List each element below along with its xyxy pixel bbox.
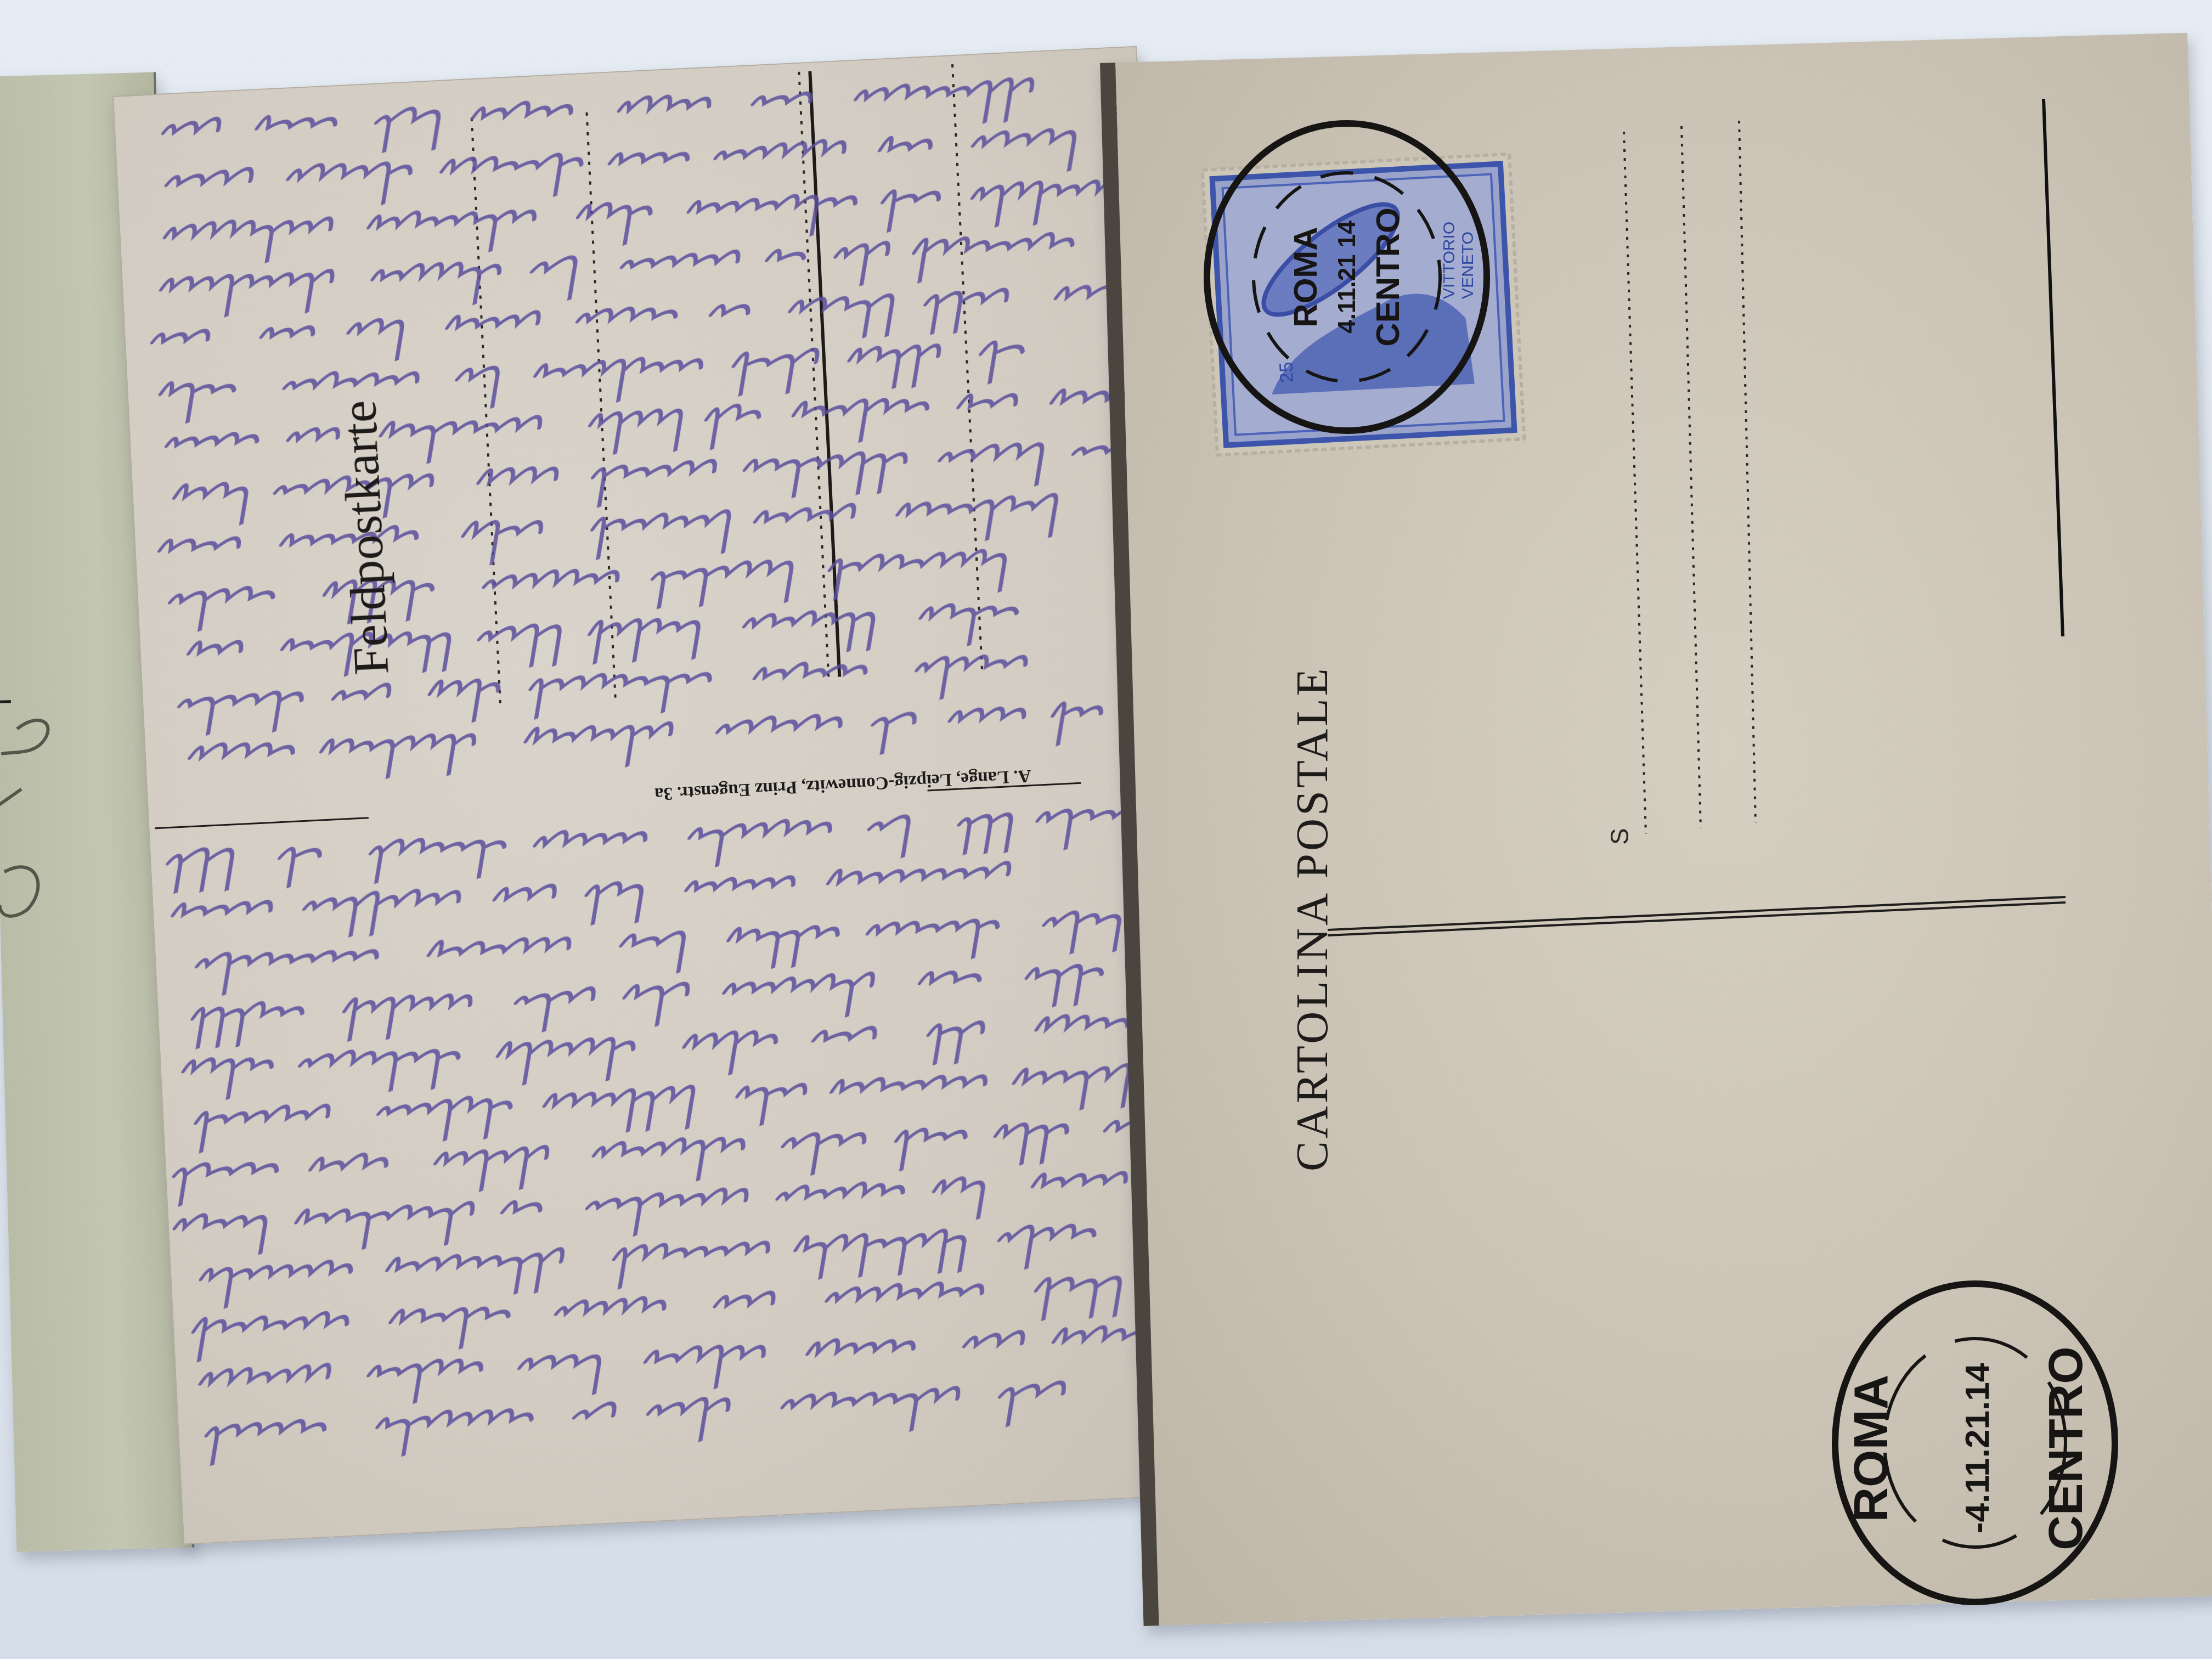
roma-centro-postmark: ROMA CENTRO -4.11.21.14	[0, 0, 2212, 1659]
cartolina-s-marker: S	[1605, 828, 1634, 845]
postmark-office: CENTRO	[2038, 1346, 2092, 1550]
postmark-date: -4.11.21.14	[1959, 1363, 1996, 1533]
postmark-city: ROMA	[1843, 1375, 1898, 1522]
cartolina-title: CARTOLINA POSTALE	[1286, 665, 1338, 1171]
